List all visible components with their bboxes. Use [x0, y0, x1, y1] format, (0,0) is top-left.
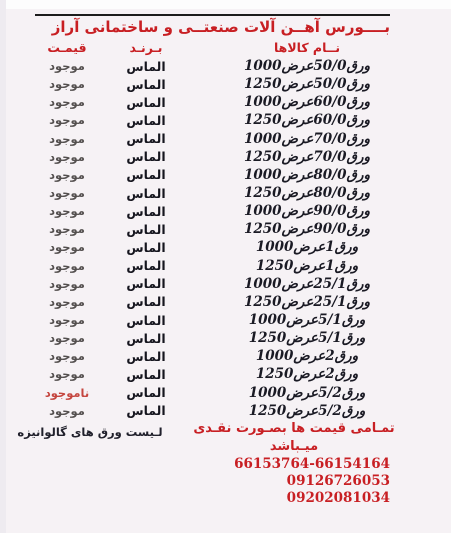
product-name: ورق50/0عرض1000	[236, 57, 378, 75]
availability-status: موجود	[18, 202, 116, 220]
table-row: موجود الماس ورق2عرض1000	[0, 347, 451, 365]
table-row: موجود الماس ورق60/0عرض1250	[0, 111, 451, 129]
top-divider-line	[35, 14, 390, 16]
availability-status: موجود	[18, 402, 116, 420]
cash-payment-note: تمـامی قیمت ها بصـورت نقـدی میـباشد	[193, 420, 395, 455]
brand-name: الماس	[108, 202, 184, 220]
product-name: ورق80/0عرض1000	[236, 166, 378, 184]
galvanized-list-label: لـیست ورق های گالوانیزه	[8, 425, 172, 439]
phone-number: 09126726053	[234, 473, 390, 490]
table-row: موجود الماس ورق60/0عرض1000	[0, 93, 451, 111]
phone-number: 66153764-66154164	[234, 456, 390, 473]
availability-status: موجود	[18, 57, 116, 75]
product-name: ورق5/2عرض1250	[236, 402, 378, 420]
brand-name: الماس	[108, 75, 184, 93]
brand-name: الماس	[108, 238, 184, 256]
availability-status: موجود	[18, 347, 116, 365]
brand-name: الماس	[108, 311, 184, 329]
phone-numbers: 66153764-66154164 09126726053 0920208103…	[234, 456, 390, 507]
availability-status: موجود	[18, 148, 116, 166]
table-row: موجود الماس ورق80/0عرض1250	[0, 184, 451, 202]
product-name: ورق70/0عرض1000	[236, 130, 378, 148]
brand-name: الماس	[108, 130, 184, 148]
table-row: موجود الماس ورق90/0عرض1000	[0, 202, 451, 220]
page-title: بــــورس آهــن آلات صنعتــی و ساختمانی آ…	[0, 18, 390, 36]
table-row: موجود الماس ورق1عرض1250	[0, 257, 451, 275]
table-row: موجود الماس ورق25/1عرض1250	[0, 293, 451, 311]
availability-status: موجود	[18, 184, 116, 202]
table-row: موجود الماس ورق25/1عرض1000	[0, 275, 451, 293]
product-name: ورق25/1عرض1250	[236, 293, 378, 311]
availability-status: موجود	[18, 311, 116, 329]
availability-status: موجود	[18, 166, 116, 184]
top-margin-strip	[0, 0, 451, 9]
product-name: ورق70/0عرض1250	[236, 148, 378, 166]
table-row: موجود الماس ورق70/0عرض1250	[0, 148, 451, 166]
table-row: موجود الماس ورق5/2عرض1250	[0, 402, 451, 420]
product-name: ورق90/0عرض1250	[236, 220, 378, 238]
brand-name: الماس	[108, 293, 184, 311]
table-row: موجود الماس ورق90/0عرض1250	[0, 220, 451, 238]
brand-name: الماس	[108, 365, 184, 383]
phone-number: 09202081034	[234, 490, 390, 507]
availability-status: موجود	[18, 238, 116, 256]
table-row: ناموجود الماس ورق5/2عرض1000	[0, 384, 451, 402]
product-name: ورق50/0عرض1250	[236, 75, 378, 93]
brand-name: الماس	[108, 275, 184, 293]
availability-status: موجود	[18, 293, 116, 311]
brand-name: الماس	[108, 257, 184, 275]
brand-name: الماس	[108, 111, 184, 129]
availability-status: موجود	[18, 275, 116, 293]
product-name: ورق60/0عرض1250	[236, 111, 378, 129]
product-name: ورق5/1عرض1000	[236, 311, 378, 329]
table-row: موجود الماس ورق5/1عرض1000	[0, 311, 451, 329]
product-name: ورق5/2عرض1000	[236, 384, 378, 402]
table-row: موجود الماس ورق50/0عرض1000	[0, 57, 451, 75]
price-list-page: بــــورس آهــن آلات صنعتــی و ساختمانی آ…	[0, 0, 451, 533]
cash-note-line2: میـباشد	[193, 438, 395, 456]
table-row: موجود الماس ورق50/0عرض1250	[0, 75, 451, 93]
product-name: ورق1عرض1250	[236, 257, 378, 275]
product-name: ورق25/1عرض1000	[236, 275, 378, 293]
availability-status: موجود	[18, 329, 116, 347]
availability-status: موجود	[18, 220, 116, 238]
brand-name: الماس	[108, 93, 184, 111]
availability-status: موجود	[18, 130, 116, 148]
column-header-product-name: نــام کالاها	[240, 40, 374, 56]
availability-status: موجود	[18, 257, 116, 275]
brand-name: الماس	[108, 220, 184, 238]
product-name: ورق80/0عرض1250	[236, 184, 378, 202]
brand-name: الماس	[108, 384, 184, 402]
product-name: ورق2عرض1250	[236, 365, 378, 383]
availability-status: موجود	[18, 111, 116, 129]
table-row: موجود الماس ورق2عرض1250	[0, 365, 451, 383]
availability-status: موجود	[18, 93, 116, 111]
brand-name: الماس	[108, 402, 184, 420]
product-name: ورق60/0عرض1000	[236, 93, 378, 111]
product-name: ورق5/1عرض1250	[236, 329, 378, 347]
availability-status: ناموجود	[18, 384, 116, 402]
brand-name: الماس	[108, 166, 184, 184]
product-name: ورق90/0عرض1000	[236, 202, 378, 220]
table-row: موجود الماس ورق5/1عرض1250	[0, 329, 451, 347]
product-name: ورق2عرض1000	[236, 347, 378, 365]
cash-note-line1: تمـامی قیمت ها بصـورت نقـدی	[193, 420, 395, 438]
product-table: موجود الماس ورق50/0عرض1000 موجود الماس و…	[0, 57, 451, 420]
product-name: ورق1عرض1000	[236, 238, 378, 256]
brand-name: الماس	[108, 329, 184, 347]
availability-status: موجود	[18, 365, 116, 383]
brand-name: الماس	[108, 148, 184, 166]
table-row: موجود الماس ورق1عرض1000	[0, 238, 451, 256]
table-row: موجود الماس ورق70/0عرض1000	[0, 130, 451, 148]
brand-name: الماس	[108, 347, 184, 365]
brand-name: الماس	[108, 57, 184, 75]
brand-name: الماس	[108, 184, 184, 202]
column-header-price: قیمـت	[27, 40, 107, 56]
column-header-brand: بـرنـد	[110, 40, 182, 56]
availability-status: موجود	[18, 75, 116, 93]
table-row: موجود الماس ورق80/0عرض1000	[0, 166, 451, 184]
